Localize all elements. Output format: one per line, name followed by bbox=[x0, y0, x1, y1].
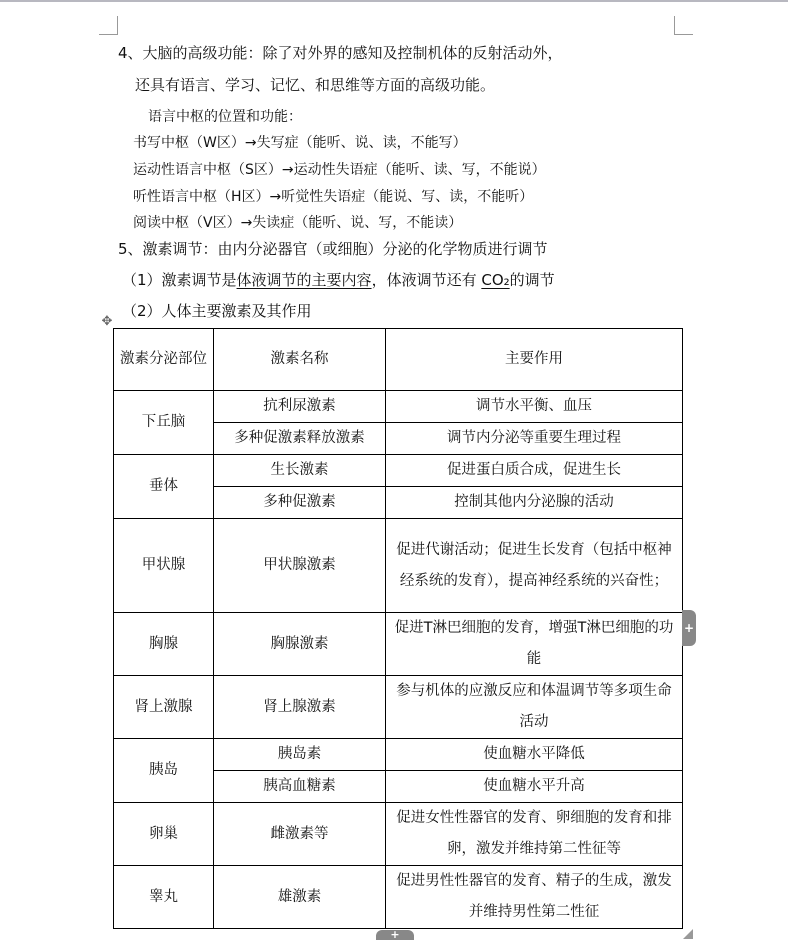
language-center-title: 语言中枢的位置和功能： bbox=[148, 107, 302, 127]
site-cell: 肾上激腺 bbox=[114, 676, 214, 739]
hormone-name-cell: 雄激素 bbox=[214, 866, 386, 929]
hormone-name-cell: 多种促激素 bbox=[214, 487, 386, 519]
site-cell: 甲状腺 bbox=[114, 519, 214, 613]
margin-corner-mark-left bbox=[99, 16, 118, 35]
hormone-name-cell: 抗利尿激素 bbox=[214, 391, 386, 423]
sub-item-1-prefix: （1）激素调节是 bbox=[122, 271, 237, 289]
item-4-line-1: 4、大脑的高级功能：除了对外界的感知及控制机体的反射活动外， bbox=[118, 43, 563, 63]
hormone-name-cell: 胰岛素 bbox=[214, 739, 386, 771]
plus-icon: + bbox=[390, 928, 399, 940]
effect-cell: 使血糖水平降低 bbox=[386, 739, 683, 771]
site-cell: 卵巢 bbox=[114, 803, 214, 866]
header-hormone-name: 激素名称 bbox=[214, 329, 386, 391]
effect-cell: 参与机体的应激反应和体温调节等多项生命活动 bbox=[386, 676, 683, 739]
add-row-button[interactable]: + bbox=[376, 930, 414, 940]
s-area-line: 运动性语言中枢（S区）→运动性失语症（能听、读、写，不能说） bbox=[133, 160, 546, 180]
hormone-name-cell: 甲状腺激素 bbox=[214, 519, 386, 613]
hormone-name-cell: 胸腺激素 bbox=[214, 613, 386, 676]
hormone-name-cell: 雌激素等 bbox=[214, 803, 386, 866]
table-row: 肾上激腺 肾上腺激素 参与机体的应激反应和体温调节等多项生命活动 bbox=[114, 676, 683, 739]
table-row: 睾丸 雄激素 促进男性性器官的发育、精子的生成，激发并维持男性第二性征 bbox=[114, 866, 683, 929]
hormone-name-cell: 胰高血糖素 bbox=[214, 771, 386, 803]
effect-cell: 促进代谢活动；促进生长发育（包括中枢神经系统的发育），提高神经系统的兴奋性； bbox=[386, 519, 683, 613]
table-resize-handle-icon[interactable] bbox=[683, 929, 693, 939]
header-secretion-site: 激素分泌部位 bbox=[114, 329, 214, 391]
page-top-border bbox=[0, 0, 788, 2]
v-area-line: 阅读中枢（V区）→失读症（能听、说、写，不能读） bbox=[133, 213, 462, 233]
table-header-row: 激素分泌部位 激素名称 主要作用 bbox=[114, 329, 683, 391]
table-row: 下丘脑 抗利尿激素 调节水平衡、血压 bbox=[114, 391, 683, 423]
margin-corner-mark-right bbox=[674, 16, 693, 35]
table-row: 胸腺 胸腺激素 促进T淋巴细胞的发育，增强T淋巴细胞的功能 bbox=[114, 613, 683, 676]
table-row: 垂体 生长激素 促进蛋白质合成，促进生长 bbox=[114, 455, 683, 487]
header-main-effect: 主要作用 bbox=[386, 329, 683, 391]
site-cell: 胸腺 bbox=[114, 613, 214, 676]
table-row: 甲状腺 甲状腺激素 促进代谢活动；促进生长发育（包括中枢神经系统的发育），提高神… bbox=[114, 519, 683, 613]
effect-cell: 促进男性性器官的发育、精子的生成，激发并维持男性第二性征 bbox=[386, 866, 683, 929]
hormone-name-cell: 肾上腺激素 bbox=[214, 676, 386, 739]
co2-text: CO₂ bbox=[481, 271, 509, 289]
site-cell: 垂体 bbox=[114, 455, 214, 519]
sub-item-1-suffix: 的调节 bbox=[510, 271, 555, 289]
hormone-name-cell: 生长激素 bbox=[214, 455, 386, 487]
site-cell: 下丘脑 bbox=[114, 391, 214, 455]
sub-item-1-underlined: 体液调节的主要内容 bbox=[237, 271, 372, 289]
effect-cell: 控制其他内分泌腺的活动 bbox=[386, 487, 683, 519]
table-row: 胰岛 胰岛素 使血糖水平降低 bbox=[114, 739, 683, 771]
sub-item-1-middle: ，体液调节还有 bbox=[372, 271, 482, 289]
h-area-line: 听性语言中枢（H区）→听觉性失语症（能说、写、读，不能听） bbox=[133, 187, 533, 207]
w-area-line: 书写中枢（W区）→失写症（能听、说、读，不能写） bbox=[133, 133, 467, 153]
site-cell: 胰岛 bbox=[114, 739, 214, 803]
effect-cell: 促进女性性器官的发育、卵细胞的发育和排卵，激发并维持第二性征等 bbox=[386, 803, 683, 866]
effect-cell: 促进蛋白质合成，促进生长 bbox=[386, 455, 683, 487]
plus-icon: + bbox=[684, 621, 694, 635]
sub-item-2-line: （2）人体主要激素及其作用 bbox=[122, 301, 312, 321]
effect-cell: 促进T淋巴细胞的发育，增强T淋巴细胞的功能 bbox=[386, 613, 683, 676]
effect-cell: 使血糖水平升高 bbox=[386, 771, 683, 803]
hormone-name-cell: 多种促激素释放激素 bbox=[214, 423, 386, 455]
sub-item-1-line: （1）激素调节是体液调节的主要内容，体液调节还有 CO₂的调节 bbox=[122, 270, 555, 290]
effect-cell: 调节内分泌等重要生理过程 bbox=[386, 423, 683, 455]
site-cell: 睾丸 bbox=[114, 866, 214, 929]
add-column-button[interactable]: + bbox=[682, 610, 696, 646]
item-4-line-2: 还具有语言、学习、记忆、和思维等方面的高级功能。 bbox=[135, 75, 495, 95]
effect-cell: 调节水平衡、血压 bbox=[386, 391, 683, 423]
item-5-line: 5、激素调节：由内分泌器官（或细胞）分泌的化学物质进行调节 bbox=[118, 239, 548, 259]
hormone-table: 激素分泌部位 激素名称 主要作用 下丘脑 抗利尿激素 调节水平衡、血压 多种促激… bbox=[113, 328, 683, 929]
table-row: 卵巢 雌激素等 促进女性性器官的发育、卵细胞的发育和排卵，激发并维持第二性征等 bbox=[114, 803, 683, 866]
